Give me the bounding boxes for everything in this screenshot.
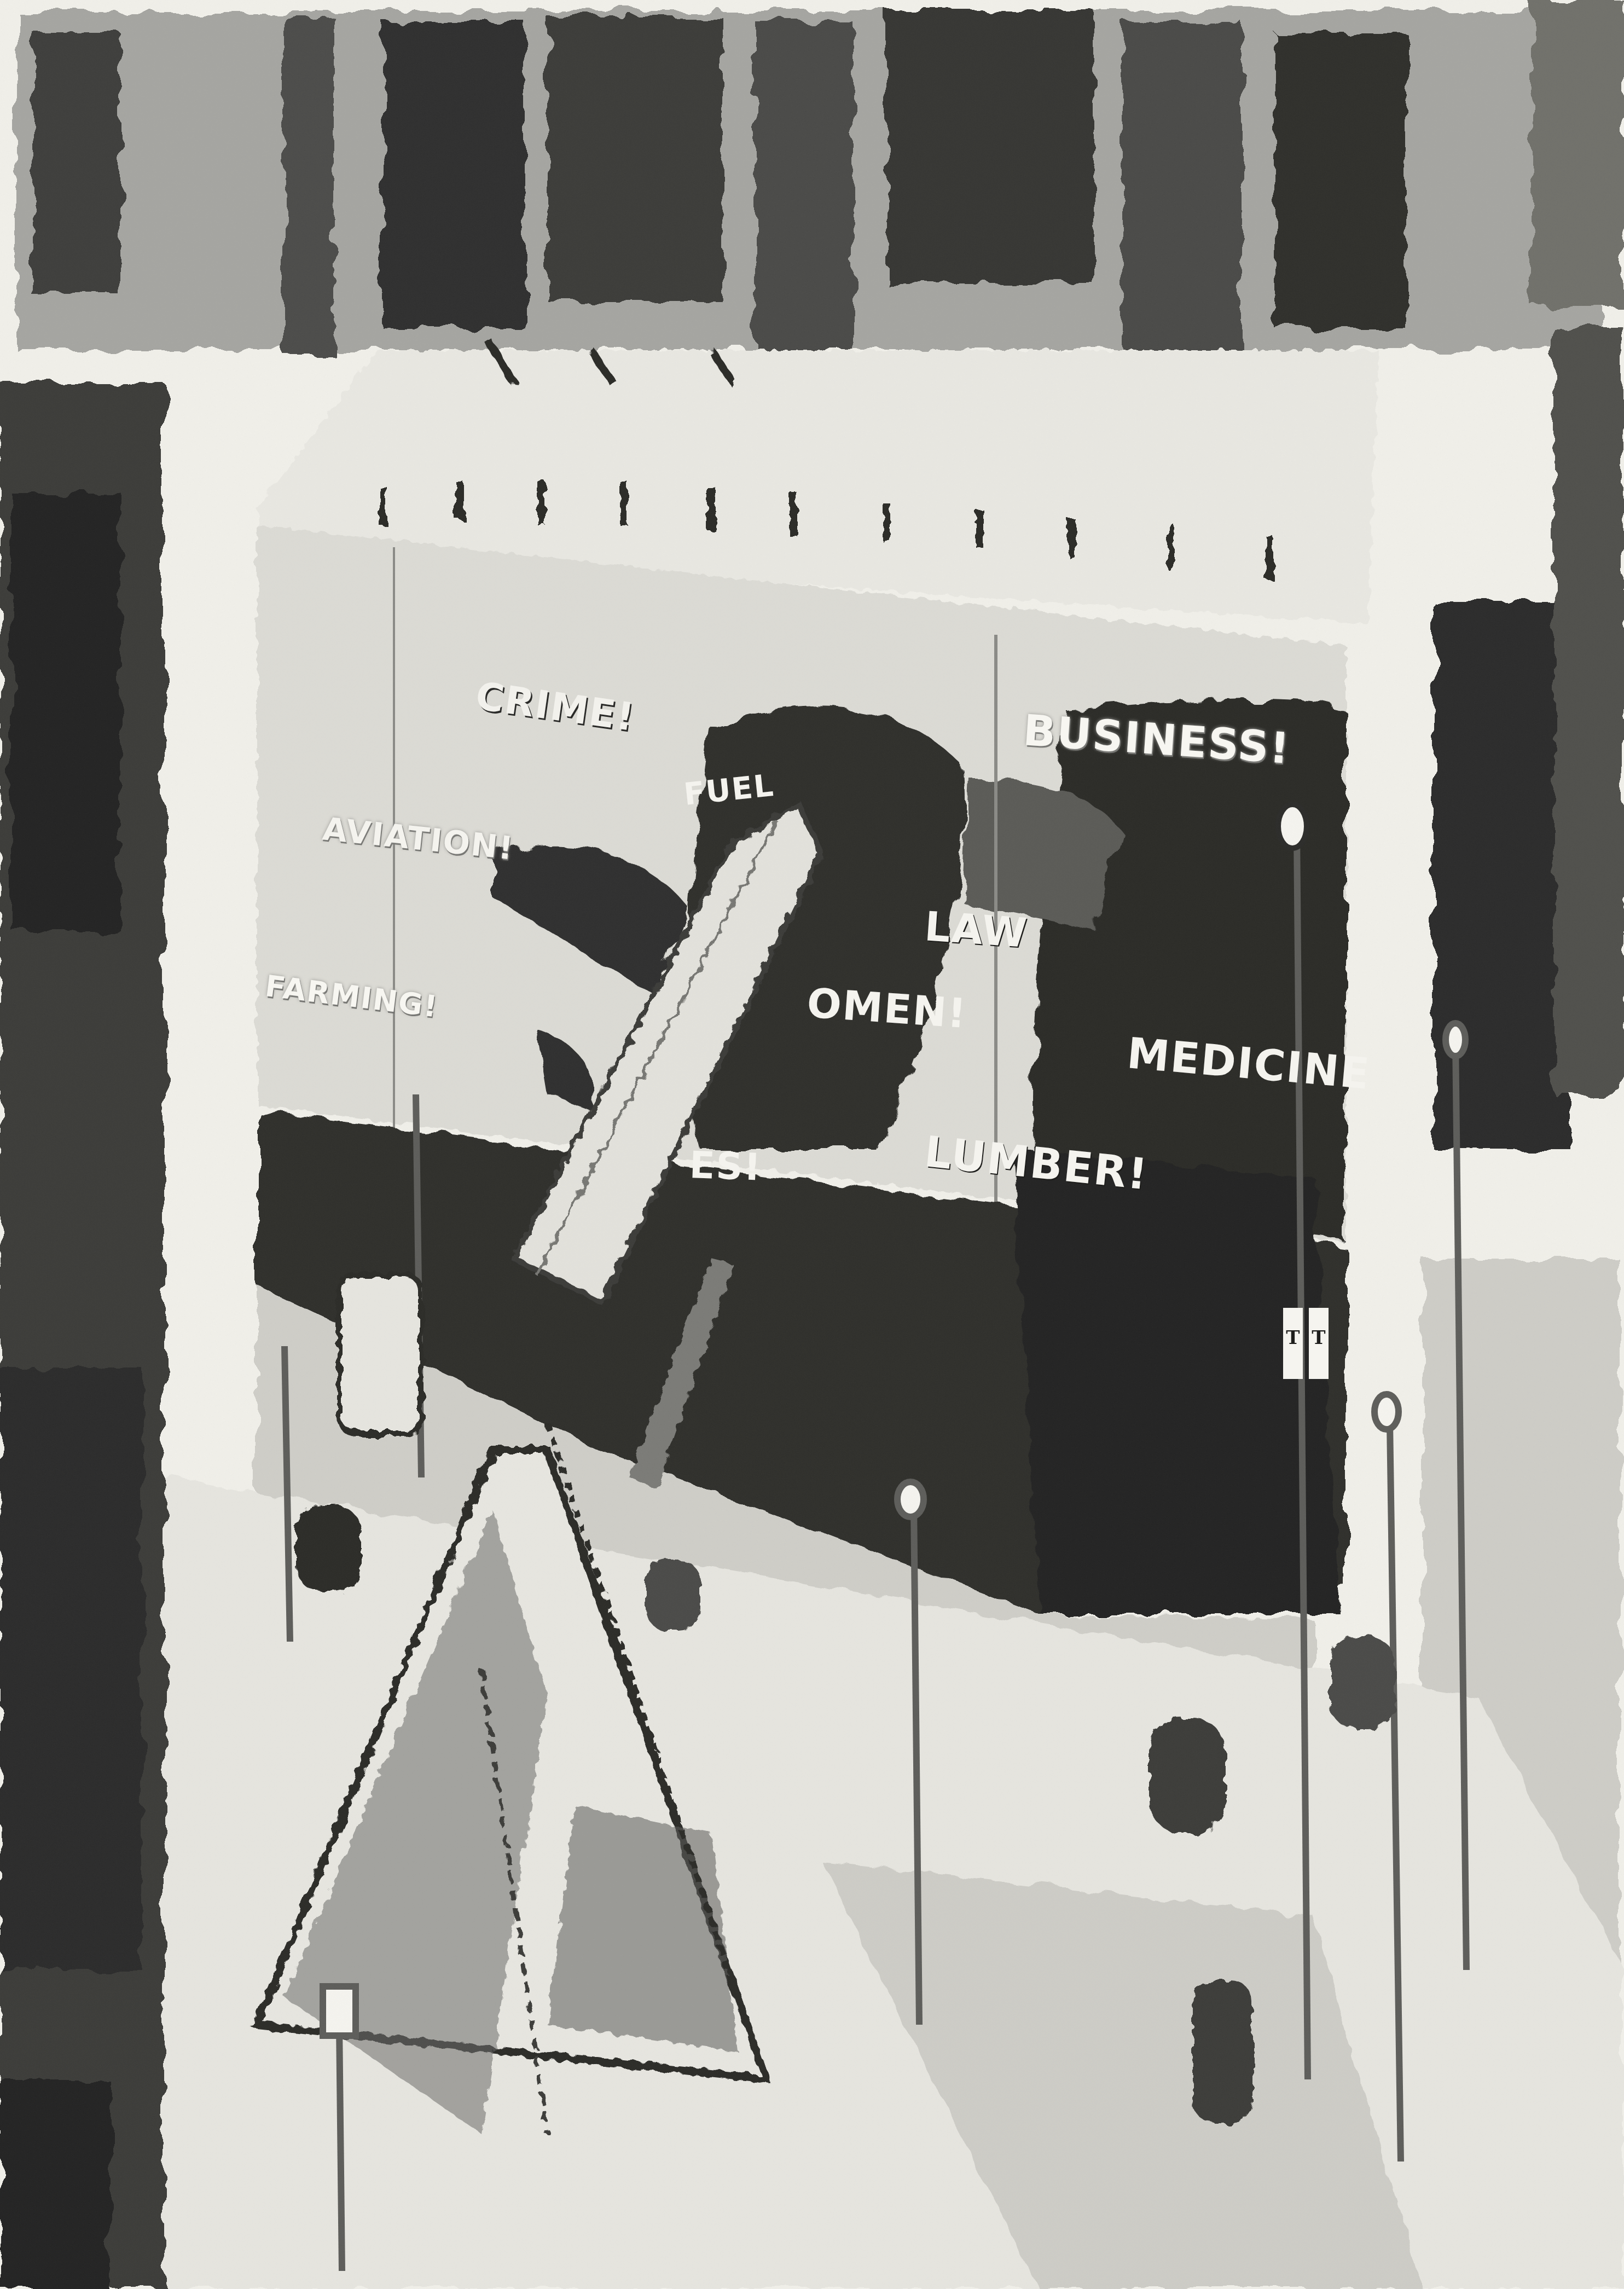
billboard-word-taxes: ES! (689, 1144, 763, 1190)
ink-wash-painting (0, 0, 1624, 2289)
billboard-word-law: LAW (923, 903, 1029, 957)
pole-sign-left: T (1283, 1308, 1303, 1379)
pole-sign-right: T (1309, 1308, 1329, 1379)
